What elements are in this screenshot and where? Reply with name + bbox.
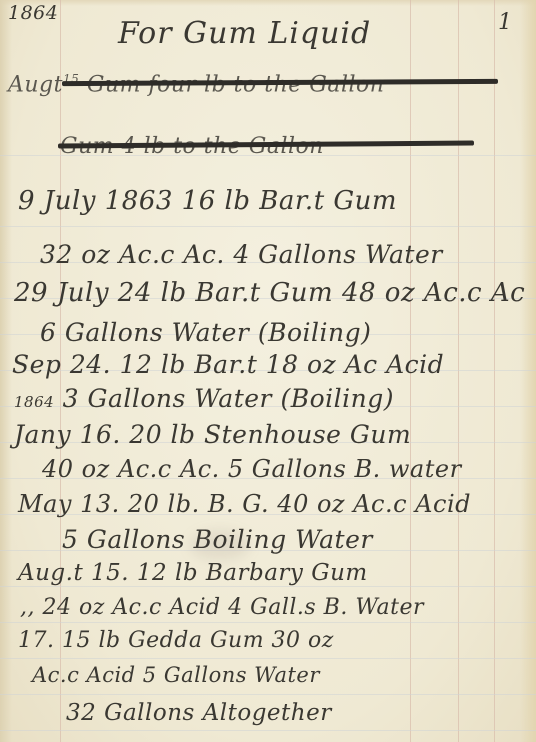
page-title: For Gum Liquid bbox=[118, 16, 371, 51]
ledger-page: 1864 For Gum Liquid 1 Augt15 Gum four lb… bbox=[0, 0, 536, 742]
paper-edge-top bbox=[0, 0, 536, 6]
ruled-line bbox=[0, 730, 536, 731]
entry-line: Jany 16. 20 lb Stenhouse Gum bbox=[14, 420, 411, 449]
ruled-line bbox=[0, 658, 536, 659]
entry-line: 9 July 1863 16 lb Bar.t Gum bbox=[18, 186, 397, 216]
ruled-line bbox=[0, 694, 536, 695]
total-line: 32 Gallons Altogether bbox=[66, 700, 332, 726]
year-header: 1864 bbox=[8, 2, 58, 24]
paper-edge-right bbox=[520, 0, 536, 742]
struck-line-prefix: Augt bbox=[8, 72, 63, 97]
entry-line: May 13. 20 lb. B. G. 40 oz Ac.c Acid bbox=[18, 490, 471, 518]
entry-line: 5 Gallons Boiling Water bbox=[62, 525, 373, 554]
entry-line: 32 oz Ac.c Ac. 4 Gallons Water bbox=[40, 240, 443, 269]
entry-line: 40 oz Ac.c Ac. 5 Gallons B. water bbox=[42, 455, 462, 483]
entry-line: 6 Gallons Water (Boiling) bbox=[40, 318, 371, 347]
column-rule bbox=[494, 0, 495, 742]
entry-line: 17. 15 lb Gedda Gum 30 oz bbox=[18, 628, 334, 653]
ruled-line bbox=[0, 622, 536, 623]
ruled-line bbox=[0, 586, 536, 587]
column-rule bbox=[458, 0, 459, 742]
entry-line: 1864 3 Gallons Water (Boiling) bbox=[14, 384, 394, 413]
entry-text: 3 Gallons Water (Boiling) bbox=[63, 384, 394, 413]
entry-line: Sep 24. 12 lb Bar.t 18 oz Ac Acid bbox=[12, 350, 444, 379]
ruled-line bbox=[0, 226, 536, 227]
entry-line: Ac.c Acid 5 Gallons Water bbox=[32, 663, 320, 687]
entry-line: 29 July 24 lb Bar.t Gum 48 oz Ac.c Ac bbox=[14, 278, 525, 308]
entry-line: Aug.t 15. 12 lb Barbary Gum bbox=[18, 560, 368, 586]
margin-year-note: 1864 bbox=[14, 393, 54, 411]
entry-line: ,, 24 oz Ac.c Acid 4 Gall.s B. Water bbox=[20, 595, 424, 620]
page-number: 1 bbox=[498, 10, 513, 35]
paper-edge-left bbox=[0, 0, 12, 742]
